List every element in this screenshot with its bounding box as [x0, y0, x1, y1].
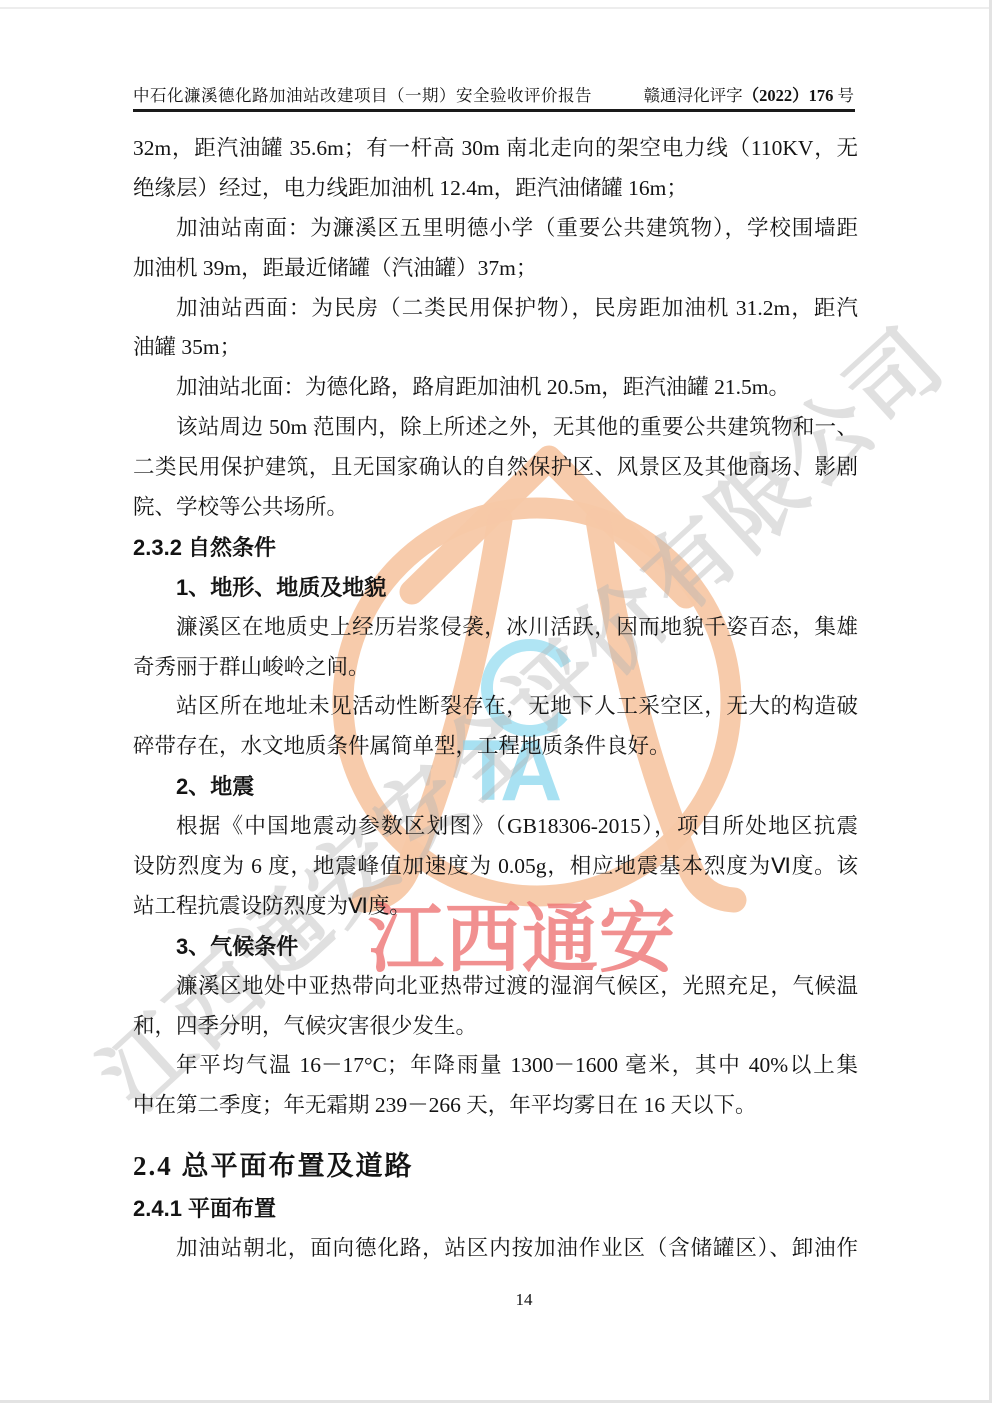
page-number: 14: [134, 1290, 858, 1310]
heading-h2: 2.4 总平面布置及道路: [133, 1143, 858, 1189]
text-line: 中在第二季度；年无霜期 239－266 天，年平均雾日在 16 天以下。: [133, 1086, 858, 1126]
text-line: 根据《中国地震动参数区划图》（GB18306-2015），项目所处地区抗震: [133, 807, 858, 847]
text-line: 濂溪区地处中亚热带向北亚热带过渡的湿润气候区，光照充足，气候温: [133, 967, 858, 1007]
text-line: 站工程抗震设防烈度为Ⅵ度。: [133, 887, 858, 927]
text-line: 站区所在地址未见活动性断裂存在，无地下人工采空区，无大的构造破: [133, 687, 858, 727]
text-line: 二类民用保护建筑，且无国家确认的自然保护区、风景区及其他商场、影剧: [133, 448, 858, 488]
heading-sub: 1、地形、地质及地貌: [133, 568, 858, 608]
header-rule: [133, 109, 855, 112]
heading-h3: 2.4.1 平面布置: [133, 1189, 858, 1229]
text-line: 设防烈度为 6 度，地震峰值加速度为 0.05g，相应地震基本烈度为Ⅵ度。该: [133, 847, 858, 887]
heading-h3: 2.3.2 自然条件: [133, 528, 858, 568]
text-line: 该站周边 50m 范围内，除上所述之外，无其他的重要公共建筑物和一、: [133, 408, 858, 448]
doc-number-suffix: 号: [833, 86, 854, 105]
doc-number-prefix: 赣通浔化评字: [644, 86, 743, 105]
text-line: 加油站南面：为濂溪区五里明德小学（重要公共建筑物），学校围墙距: [133, 209, 858, 249]
text-line: 碎带存在，水文地质条件属简单型，工程地质条件良好。: [133, 727, 858, 767]
header-report-title: 中石化濂溪德化路加油站改建项目（一期）安全验收评价报告: [133, 82, 592, 106]
document-body: 32m，距汽油罐 35.6m；有一杆高 30m 南北走向的架空电力线（110KV…: [133, 129, 858, 1269]
text-line: 奇秀丽于群山峻岭之间。: [133, 648, 858, 688]
doc-number-bold: （2022）176: [743, 86, 834, 105]
text-line: 绝缘层）经过，电力线距加油机 12.4m，距汽油储罐 16m；: [133, 169, 858, 209]
text-line: 油罐 35m；: [133, 328, 858, 368]
text-line: 加油站北面：为德化路，路肩距加油机 20.5m，距汽油罐 21.5m。: [133, 368, 858, 408]
header-doc-number: 赣通浔化评字（2022）176 号: [644, 82, 854, 106]
text-line: 和，四季分明，气候灾害很少发生。: [133, 1007, 858, 1047]
text-line: 加油机 39m，距最近储罐（汽油罐）37m；: [133, 249, 858, 289]
heading-sub: 3、气候条件: [133, 927, 858, 967]
document-page: TA 江西通安安全评价有限公司 江西通安 中石化濂溪德化路加油站改建项目（一期）…: [0, 0, 992, 1403]
text-line: 年平均气温 16－17°C；年降雨量 1300－1600 毫米，其中 40%以上…: [133, 1046, 858, 1086]
text-line: 32m，距汽油罐 35.6m；有一杆高 30m 南北走向的架空电力线（110KV…: [133, 129, 858, 169]
text-line: 院、学校等公共场所。: [133, 488, 858, 528]
text-line: 濂溪区在地质史上经历岩浆侵袭，冰川活跃，因而地貌千姿百态，集雄: [133, 608, 858, 648]
text-line: 加油站朝北，面向德化路，站区内按加油作业区（含储罐区）、卸油作: [133, 1229, 858, 1269]
heading-sub: 2、地震: [133, 767, 858, 807]
text-line: 加油站西面：为民房（二类民用保护物），民房距加油机 31.2m，距汽: [133, 289, 858, 329]
